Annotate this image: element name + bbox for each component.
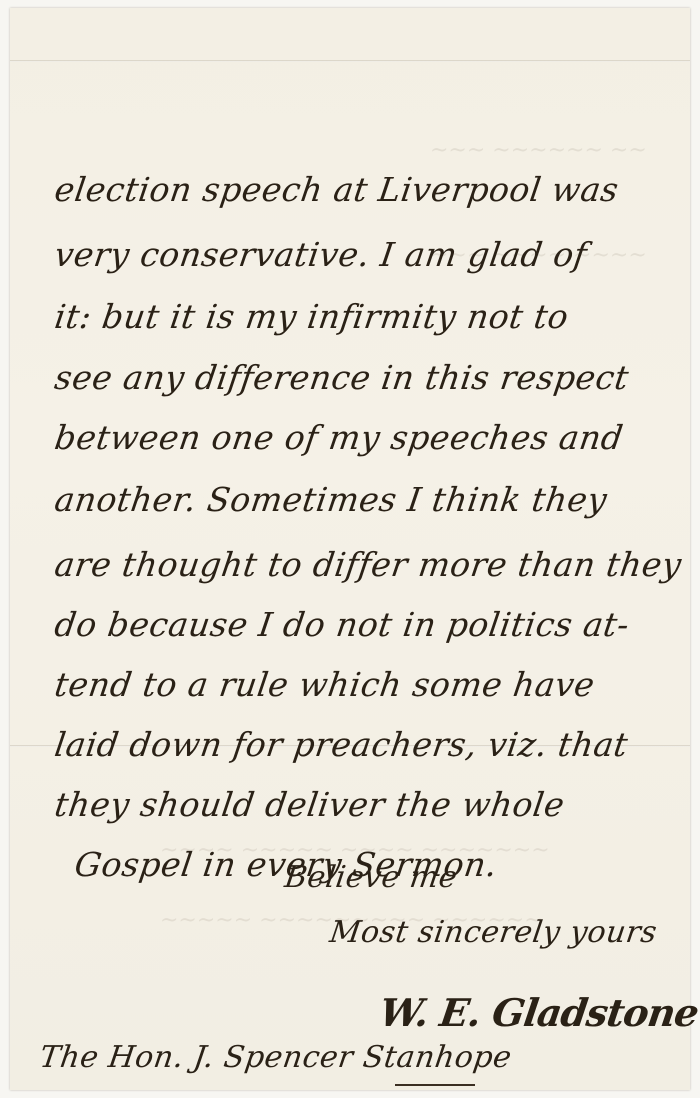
letter-line: see any difference in this respect	[52, 358, 631, 397]
letter-line: do because I do not in politics at-	[52, 605, 632, 644]
letter-line: tend to a rule which some have	[52, 665, 597, 704]
closing-believe-me: Believe me	[283, 860, 460, 895]
closing-yours: Most sincerely yours	[328, 915, 660, 950]
letter-line: election speech at Liverpool was	[52, 170, 621, 209]
letter-line: they should deliver the whole	[52, 785, 567, 824]
letter-line: it: but it is my infirmity not to	[52, 297, 571, 336]
signature: W. E. Gladstone	[377, 990, 700, 1035]
letter-line: very conservative. I am glad of	[52, 235, 589, 274]
letter-line: are thought to differ more than they	[52, 545, 684, 584]
letter-line: another. Sometimes I think they	[52, 480, 609, 519]
fold-line-top	[10, 60, 690, 62]
letter-line: between one of my speeches and	[52, 418, 625, 457]
addressee: The Hon. J. Spencer Stanhope	[38, 1040, 514, 1075]
show-through-text: ~~~ ~~~~~~ ~~	[430, 138, 647, 163]
addressee-underline	[395, 1084, 475, 1086]
letter-line: laid down for preachers, viz. that	[52, 725, 630, 764]
